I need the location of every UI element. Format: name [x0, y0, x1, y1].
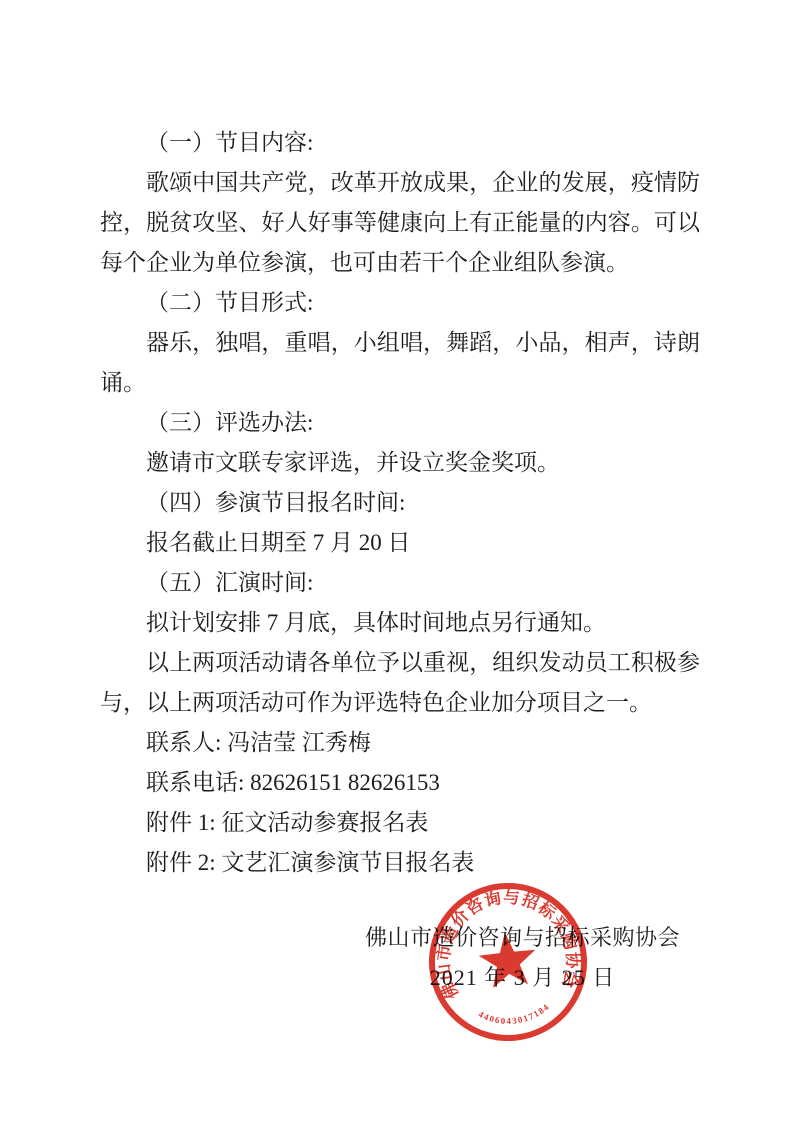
section-heading-4: （四）参演节目报名时间:	[100, 483, 700, 523]
signature-block: 佛山市造价咨询与招标采购协会 2021 年 3 月 25 日	[350, 918, 695, 998]
body-paragraph-schedule: 拟计划安排 7 月底，具体时间地点另行通知。	[100, 603, 700, 643]
section-heading-2: （二）节目形式:	[100, 283, 700, 323]
section-heading-1: （一）节目内容:	[100, 123, 700, 163]
contact-person-line: 联系人: 冯洁莹 江秀梅	[100, 723, 700, 763]
body-paragraph-deadline: 报名截止日期至 7 月 20 日	[100, 523, 700, 563]
contact-phone-line: 联系电话: 82626151 82626153	[100, 763, 700, 803]
attachment-line-2: 附件 2: 文艺汇演参演节目报名表	[100, 843, 700, 883]
seal-serial-holder: 4406043017184	[476, 1001, 553, 1030]
attachment-line-1: 附件 1: 征文活动参赛报名表	[100, 803, 700, 843]
section-heading-5: （五）汇演时间:	[100, 563, 700, 603]
signature-date: 2021 年 3 月 25 日	[350, 958, 695, 998]
document-page: （一）节目内容: 歌颂中国共产党，改革开放成果，企业的发展，疫情防控，脱贫攻坚、…	[0, 0, 800, 1131]
section-heading-3: （三）评选办法:	[100, 403, 700, 443]
body-paragraph-judging: 邀请市文联专家评选，并设立奖金奖项。	[100, 443, 700, 483]
signature-organization: 佛山市造价咨询与招标采购协会	[350, 918, 695, 958]
body-paragraph-content: 歌颂中国共产党，改革开放成果，企业的发展，疫情防控，脱贫攻坚、好人好事等健康向上…	[100, 163, 700, 283]
seal-serial-number: 4406043017184	[476, 1001, 553, 1030]
body-paragraph-appeal: 以上两项活动请各单位予以重视，组织发动员工积极参与，以上两项活动可作为评选特色企…	[100, 643, 700, 723]
body-paragraph-format: 器乐，独唱，重唱，小组唱，舞蹈，小品，相声，诗朗诵。	[100, 323, 700, 403]
document-body: （一）节目内容: 歌颂中国共产党，改革开放成果，企业的发展，疫情防控，脱贫攻坚、…	[100, 123, 700, 883]
